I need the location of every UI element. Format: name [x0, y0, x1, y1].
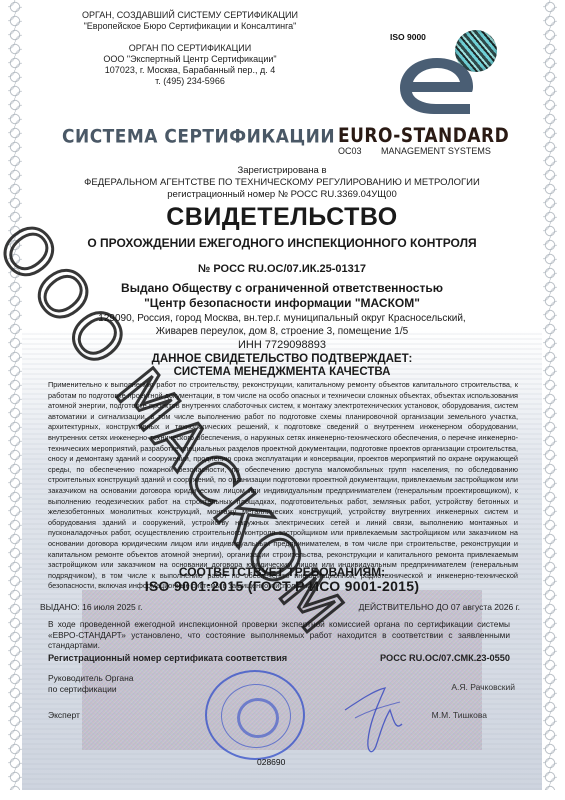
company-address-line1: 129090, Россия, город Москва, вн.тер.г. …: [22, 313, 542, 324]
company-inn: ИНН 7729098893: [22, 339, 542, 351]
head-label-line2: по сертификации: [48, 684, 134, 695]
signature-icon: [340, 680, 420, 760]
head-of-body-name: А.Я. Рачковский: [451, 682, 515, 692]
page-subtitle: О ПРОХОЖДЕНИИ ЕЖЕГОДНОГО ИНСПЕКЦИОННОГО …: [22, 236, 542, 250]
brand-code: ОС03: [338, 146, 362, 156]
scope-text: Применительно к выполнению работ по стро…: [48, 380, 518, 592]
creator-body-name: "Европейское Бюро Сертификации и Консалт…: [60, 21, 320, 32]
reg-cert-number: РОСС RU.ОС/07.СМК.23-0550: [380, 653, 510, 663]
cert-body-address: 107023, г. Москва, Барабанный пер., д. 4: [60, 65, 320, 76]
head-of-body-label: Руководитель Органа по сертификации: [48, 673, 134, 695]
creator-body-label: ОРГАН, СОЗДАВШИЙ СИСТЕМУ СЕРТИФИКАЦИИ: [60, 10, 320, 21]
guilloche-border-right: [543, 0, 557, 790]
valid-until-date: ДЕЙСТВИТЕЛЬНО ДО 07 августа 2026 г.: [359, 602, 520, 612]
registration-certificate-row: Регистрационный номер сертификата соотве…: [48, 653, 510, 663]
page-title: СВИДЕТЕЛЬСТВО: [22, 203, 542, 232]
confirms-heading: ДАННОЕ СВИДЕТЕЛЬСТВО ПОДТВЕРЖДАЕТ:: [22, 353, 542, 365]
head-label-line1: Руководитель Органа: [48, 673, 134, 684]
registered-label: Зарегистрирована в: [22, 165, 542, 176]
system-title: СИСТЕМА СЕРТИФИКАЦИИ: [62, 126, 335, 148]
brand-tagline: MANAGEMENT SYSTEMS: [381, 146, 491, 156]
cert-body-name: ООО "Экспертный Центр Сертификации": [60, 54, 320, 65]
issued-to-label: Выдано Обществу с ограниченной ответстве…: [22, 281, 542, 295]
issued-date: ВЫДАНО: 16 июля 2025 г.: [40, 602, 142, 612]
reg-cert-label: Регистрационный номер сертификата соотве…: [48, 653, 287, 663]
standard-name: ISO 9001:2015 (ГОСТ Р ИСО 9001-2015): [22, 578, 542, 594]
certificate-number: № РОСС RU.ОС/07.ИК.25-01317: [22, 263, 542, 275]
brand-name: EURO-STANDARD: [338, 125, 509, 148]
guilloche-border-left: [8, 0, 22, 790]
issuer-block: ОРГАН, СОЗДАВШИЙ СИСТЕМУ СЕРТИФИКАЦИИ "Е…: [60, 10, 320, 87]
expert-label: Эксперт: [48, 710, 80, 720]
complies-heading: СООТВЕТСТВУЕТ ТРЕБОВАНИЯМ:: [22, 565, 542, 579]
certificate-page: ОРГАН, СОЗДАВШИЙ СИСТЕМУ СЕРТИФИКАЦИИ "Е…: [0, 0, 565, 800]
cert-body-label: ОРГАН ПО СЕРТИФИКАЦИИ: [60, 43, 320, 54]
company-address-line2: Живарев переулок, дом 8, строение 3, пом…: [22, 326, 542, 337]
registration-number: регистрационный номер № РОСС RU.3369.04У…: [22, 189, 542, 200]
inspection-text: В ходе проведенной ежегодной инспекционн…: [48, 619, 510, 651]
agency-name: ФЕДЕРАЛЬНОМ АГЕНТСТВЕ ПО ТЕХНИЧЕСКОМУ РЕ…: [22, 177, 542, 188]
serial-number: 028690: [257, 757, 285, 767]
company-name: "Центр безопасности информации "МАСКОМ": [22, 296, 542, 310]
iso-9000-label: ISO 9000: [390, 32, 426, 42]
cert-body-phone: т. (495) 234-5966: [60, 76, 320, 87]
euro-standard-e-logo-icon: [392, 52, 482, 118]
system-heading: СИСТЕМА МЕНЕДЖМЕНТА КАЧЕСТВА: [22, 366, 542, 378]
official-stamp-icon: [205, 670, 305, 760]
expert-name: М.М. Тишкова: [432, 710, 487, 720]
